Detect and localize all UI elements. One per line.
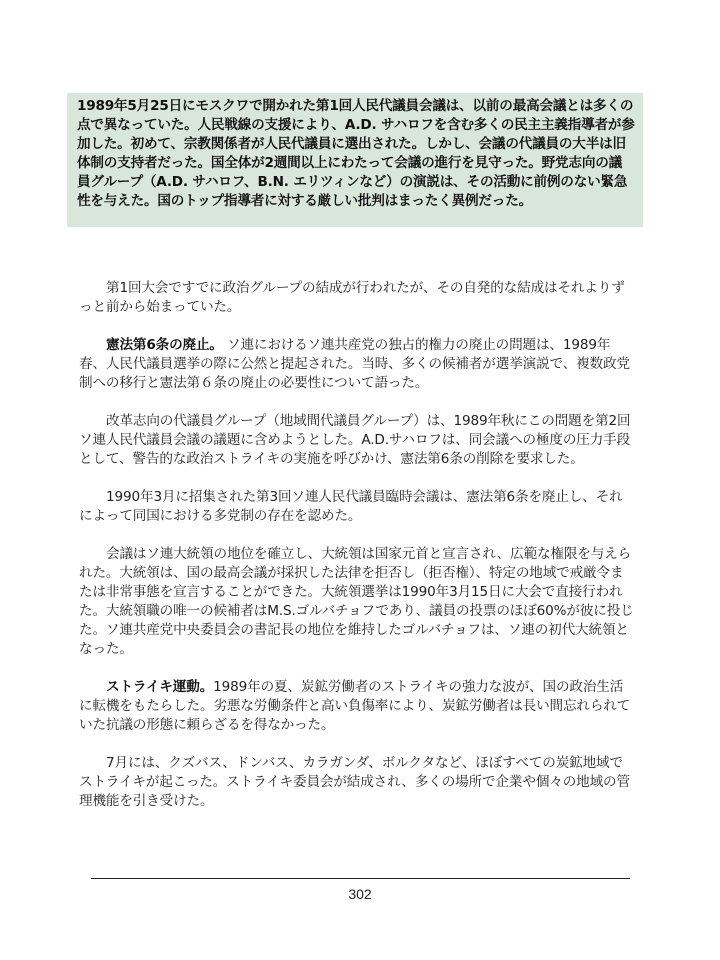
paragraph-text: 7月には、クズバス、ドンバス、カラガンダ、ボルクタなど、ほぼすべての炭鉱地域でス… xyxy=(79,755,630,809)
paragraph-heading: ストライキ運動。 xyxy=(106,679,213,695)
paragraph-text: 会議はソ連大統領の地位を確立し、大統領は国家元首と宣言され、広範な権限を与えられ… xyxy=(79,546,634,657)
paragraph-7: 7月には、クズバス、ドンバス、カラガンダ、ボルクタなど、ほぼすべての炭鉱地域でス… xyxy=(79,754,635,811)
summary-callout-box: 1989年5月25日にモスクワで開かれた第1回人民代議員会議は、以前の最高会議と… xyxy=(67,93,643,227)
paragraph-heading: 憲法第6条の廃止。 xyxy=(106,337,223,353)
callout-text: 1989年5月25日にモスクワで開かれた第1回人民代議員会議は、以前の最高会議と… xyxy=(77,97,635,211)
page-number: 302 xyxy=(0,886,720,902)
paragraph-5: 会議はソ連大統領の地位を確立し、大統領は国家元首と宣言され、広範な権限を与えられ… xyxy=(79,545,635,659)
paragraph-4: 1990年3月に招集された第3回ソ連人民代議員臨時会議は、憲法第6条を廃止し、そ… xyxy=(79,488,635,526)
paragraph-2: 憲法第6条の廃止。 ソ連におけるソ連共産党の独占的権力の廃止の問題は、1989年… xyxy=(79,336,635,393)
body-text: 第1回大会ですでに政治グループの結成が行われたが、その自発的な結成はそれよりずっ… xyxy=(79,279,635,830)
paragraph-text: 第1回大会ですでに政治グループの結成が行われたが、その自発的な結成はそれよりずっ… xyxy=(79,280,625,315)
paragraph-text: 改革志向の代議員グループ（地域間代議員グループ）は、1989年秋にこの問題を第2… xyxy=(79,413,630,467)
paragraph-3: 改革志向の代議員グループ（地域間代議員グループ）は、1989年秋にこの問題を第2… xyxy=(79,412,635,469)
paragraph-6: ストライキ運動。1989年の夏、炭鉱労働者のストライキの強力な波が、国の政治生活… xyxy=(79,678,635,735)
footer-divider xyxy=(91,878,630,879)
paragraph-text: 1990年3月に招集された第3回ソ連人民代議員臨時会議は、憲法第6条を廃止し、そ… xyxy=(79,489,623,524)
paragraph-1: 第1回大会ですでに政治グループの結成が行われたが、その自発的な結成はそれよりずっ… xyxy=(79,279,635,317)
